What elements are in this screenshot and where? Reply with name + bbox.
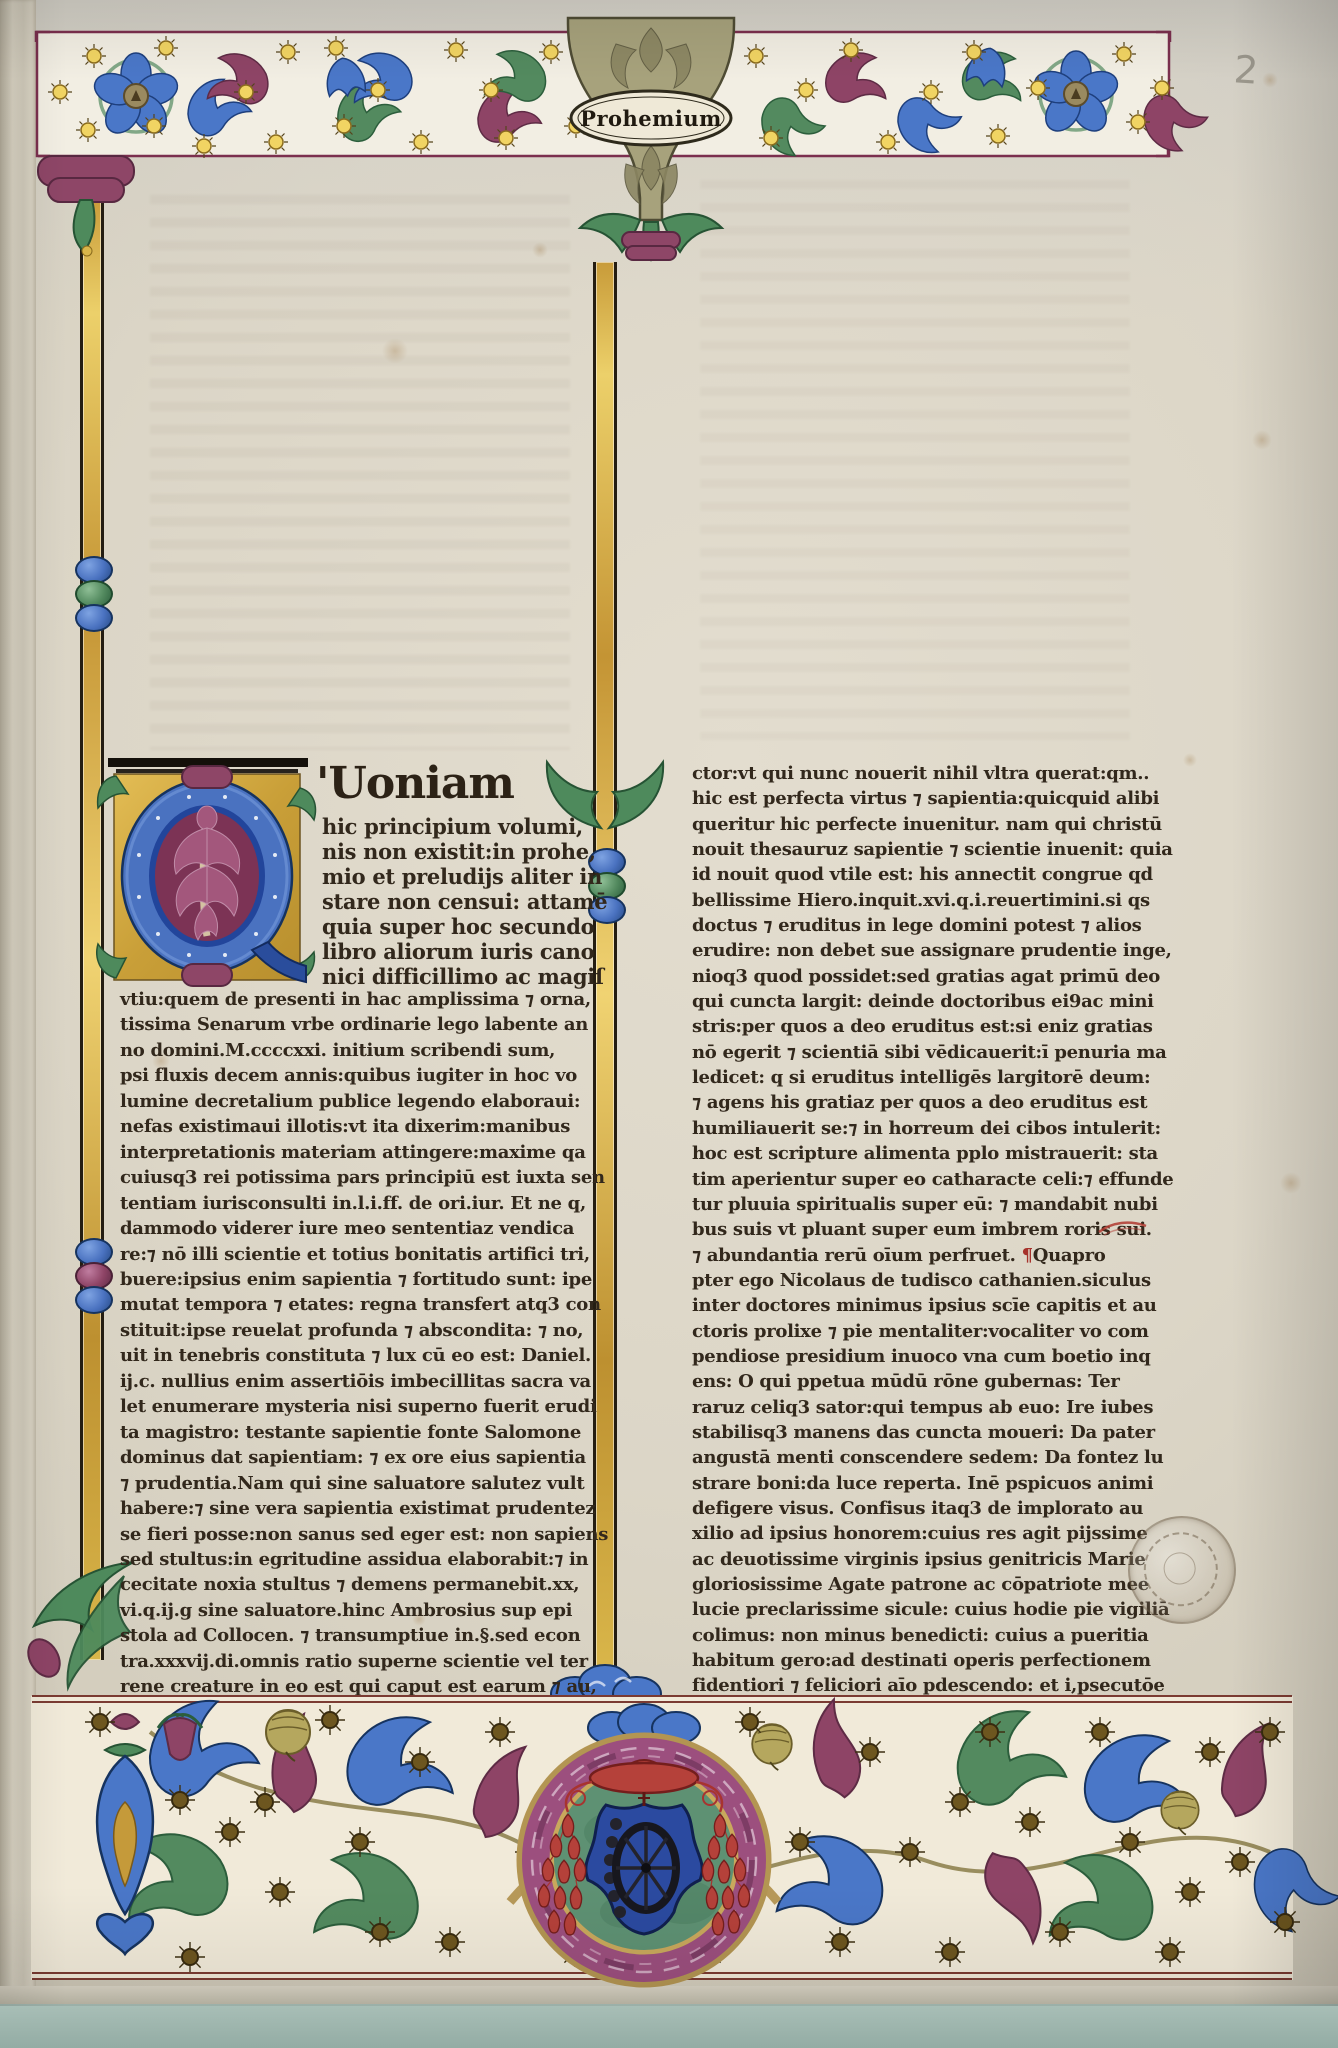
text-line: stare non censui: attamē <box>322 889 594 914</box>
text-line: vtiu:quem de presenti in hac amplissima … <box>120 987 594 1012</box>
opening-word-heading: 'Uoniam <box>316 762 514 806</box>
text-line: ac deuotissime virginis ipsius genitrici… <box>692 1547 1144 1572</box>
text-line: gloriosissime Agate patrone ac cōpatriot… <box>692 1572 1144 1597</box>
text-line: pter ego Nicolaus de tudisco cathanien.s… <box>692 1268 1144 1293</box>
text-line: erudire: non debet sue assignare prudent… <box>692 938 1144 963</box>
text-line: quia super hoc secundo <box>322 914 594 939</box>
text-line: tur pluuia spiritualis super eū: ⁊ manda… <box>692 1192 1144 1217</box>
ghost-text-left <box>150 195 570 750</box>
text-line: interpretationis materiam attingere:maxi… <box>120 1140 594 1165</box>
text-line: stris:per quos a deo eruditus est:si eni… <box>692 1014 1144 1039</box>
text-line: hic principium volumi, <box>322 814 594 839</box>
text-line: vi.q.ij.g sine saluatore.hinc Ambrosius … <box>120 1598 594 1623</box>
text-line: dammodo viderer iure meo sententiaz vend… <box>120 1216 594 1241</box>
text-line: ij.c. nullius enim assertiōis imbecillit… <box>120 1369 594 1394</box>
table-background <box>0 2004 1338 2048</box>
prohemium-cartouche <box>556 14 746 266</box>
text-line: defigere visus. Confisus itaq3 de implor… <box>692 1496 1144 1521</box>
text-line: lucie preclarissime sicule: cuius hodie … <box>692 1597 1144 1622</box>
text-line: strare boni:da luce reperta. Inē pspicuo… <box>692 1471 1144 1496</box>
text-line: nici difficillimo ac magiſ <box>322 964 594 989</box>
text-line: ctoris prolixe ⁊ pie mentaliter:vocalite… <box>692 1319 1144 1344</box>
text-line: hoc est scripture alimenta pplo mistraue… <box>692 1141 1144 1166</box>
wheel-icon <box>616 1826 676 1910</box>
text-line: let enumerare mysteria nisi superno fuer… <box>120 1394 594 1419</box>
text-line: libro aliorum iuris cano <box>322 939 594 964</box>
text-line: sed stultus:in egritudine assidua elabor… <box>120 1547 594 1572</box>
foxing-spot <box>1280 1172 1302 1194</box>
folio-number: 2 <box>1232 47 1259 93</box>
text-line: inter doctores minimus ipsius scīe capit… <box>692 1293 1144 1318</box>
text-line: ⁊ prudentia.Nam qui sine saluatore salut… <box>120 1471 594 1496</box>
text-line: pendiose presidium inuoco vna cum boetio… <box>692 1344 1144 1369</box>
left-column: vtiu:quem de presenti in hac amplissima … <box>120 987 594 1700</box>
text-line: tentiam iurisconsulti in.l.i.ff. de ori.… <box>120 1191 594 1216</box>
text-line: mio et preludijs aliter in <box>322 864 594 889</box>
text-line: nouit thesauruz sapientie ⁊ scientie inu… <box>692 837 1144 862</box>
text-line: se fieri posse:non sanus sed eger est: n… <box>120 1522 594 1547</box>
text-line: tim aperientur super eo catharacte celi:… <box>692 1167 1144 1192</box>
text-line: tissima Senarum vrbe ordinarie lego labe… <box>120 1012 594 1037</box>
foxing-spot <box>1252 430 1272 450</box>
text-line: nō egerit ⁊ scientiā sibi vēdicauerit:ī … <box>692 1040 1144 1065</box>
text-line: buere:ipsius enim sapientia ⁊ fortitudo … <box>120 1267 594 1292</box>
foxing-spot <box>532 242 548 258</box>
text-line: ⁊ abundantia rerū oīum perfruet. ¶Quapro <box>692 1243 1144 1268</box>
foxing-spot <box>1183 753 1197 767</box>
text-line: qui cuncta largit: deinde doctoribus ei9… <box>692 989 1144 1014</box>
text-line: xilio ad ipsius honorem:cuius res agit p… <box>692 1521 1144 1546</box>
banner-label: Prohemium <box>580 106 722 131</box>
text-line: stituit:ipse reuelat profunda ⁊ abscondi… <box>120 1318 594 1343</box>
text-line: doctus ⁊ eruditus in lege domini potest … <box>692 913 1144 938</box>
text-line: ens: O qui ppetua mūdū rōne gubernas: Te… <box>692 1369 1144 1394</box>
text-line: angustā menti conscendere sedem: Da font… <box>692 1445 1144 1470</box>
foxing-spot <box>1262 72 1278 88</box>
text-line: habitum gero:ad destinati operis perfect… <box>692 1648 1144 1673</box>
text-line: no domini.M.ccccxxi. initium scribendi s… <box>120 1038 594 1063</box>
text-line: bellissime Hiero.inquit.xvi.q.i.reuertim… <box>692 888 1144 913</box>
ghost-text-right <box>700 180 1130 740</box>
text-line: colimus: non minus benedicti: cuius a pu… <box>692 1623 1144 1648</box>
text-line: ctor:vt qui nunc nouerit nihil vltra que… <box>692 761 1144 786</box>
text-line: cuiusq3 rei potissima pars principiū est… <box>120 1165 594 1190</box>
text-line: lumine decretalium publice legendo elabo… <box>120 1089 594 1114</box>
left-bar-knot-icon <box>18 148 168 258</box>
text-line: id nouit quod vtile est: his annectit co… <box>692 862 1144 887</box>
text-line: hic est perfecta virtus ⁊ sapientia:quic… <box>692 786 1144 811</box>
text-line: queritur hic perfecte inuenitur. nam qui… <box>692 812 1144 837</box>
foxing-spot <box>382 338 408 364</box>
text-line: mutat tempora ⁊ etates: regna transfert … <box>120 1292 594 1317</box>
coat-of-arms-medallion <box>504 1712 784 2002</box>
red-scribble-mark <box>1096 1216 1152 1238</box>
text-line: uit in tenebris constituta ⁊ lux cū eo e… <box>120 1343 594 1368</box>
text-line: humiliauerit se:⁊ in horreum dei cibos i… <box>692 1116 1144 1141</box>
text-line: raruz celiq3 sator:qui tempus ab euo: Ir… <box>692 1395 1144 1420</box>
text-line: nioq3 quod possidet:sed gratias agat pri… <box>692 964 1144 989</box>
left-bar <box>80 196 104 1660</box>
text-line: psi fluxis decem annis:quibus iugiter in… <box>120 1063 594 1088</box>
prohemium-banner: Prohemium <box>578 106 724 131</box>
text-line: ⁊ agens his gratiaz per quos a deo erudi… <box>692 1090 1144 1115</box>
text-line: re:⁊ nō illi scientie et totius bonitati… <box>120 1242 594 1267</box>
text-line: stola ad Collocen. ⁊ transumptiue in.§.s… <box>120 1623 594 1648</box>
text-line: habere:⁊ sine vera sapientia existimat p… <box>120 1496 594 1521</box>
rubric-pilcrow: ¶ <box>1022 1245 1033 1266</box>
text-line: nis non existit:in prohe, <box>322 839 594 864</box>
illuminated-initial: Q <box>110 758 306 990</box>
bar-bead <box>75 604 113 632</box>
text-line: cecitate noxia stultus ⁊ demens permaneb… <box>120 1572 594 1597</box>
text-line: bus suis vt pluant super eum imbrem rori… <box>692 1217 1144 1242</box>
text-line: nefas existimaui illotis:vt ita dixerim:… <box>120 1114 594 1139</box>
text-line: dominus dat sapientiam: ⁊ ex ore eius sa… <box>120 1445 594 1470</box>
left-column-opening: hic principium volumi,nis non existit:in… <box>322 814 594 989</box>
text-line: stabilisq3 manens das cuncta moueri: Da … <box>692 1420 1144 1445</box>
text-line: tra.xxxvij.di.omnis ratio superne scient… <box>120 1649 594 1674</box>
bar-bead <box>75 1286 113 1314</box>
text-line: ledicet: q si eruditus intelligēs largit… <box>692 1065 1144 1090</box>
text-line: ta magistro: testante sapientie fonte Sa… <box>120 1420 594 1445</box>
right-column: ctor:vt qui nunc nouerit nihil vltra que… <box>692 761 1144 1699</box>
